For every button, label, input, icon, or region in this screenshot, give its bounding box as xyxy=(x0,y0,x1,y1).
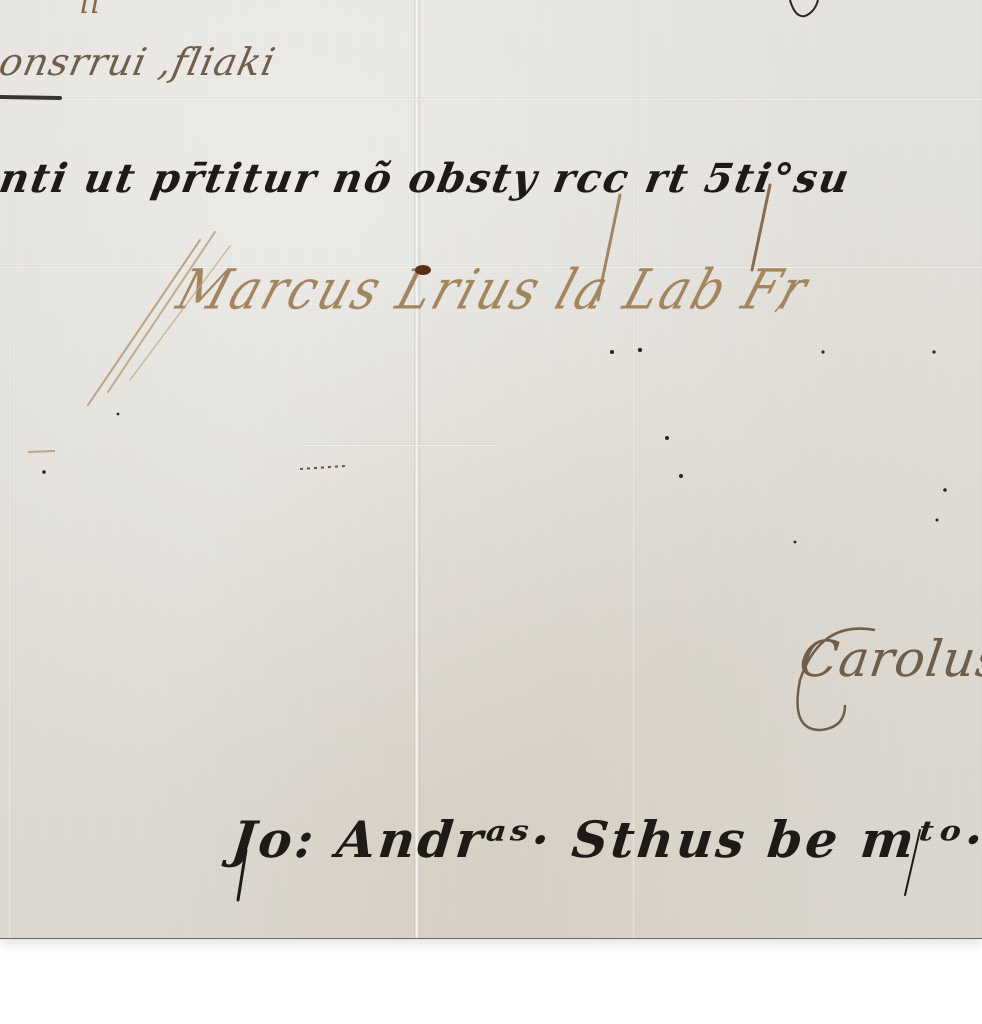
letter-loop-fragment xyxy=(790,0,818,16)
ink-speck xyxy=(665,436,669,440)
signature-marcus: Marcus Lrius la Lab Fr xyxy=(170,258,818,322)
handwritten-line-2: nti ut pr̄titur nõ obsty rcc rt 5ti°su xyxy=(0,155,854,202)
ink-speck xyxy=(794,541,797,544)
ink-speck xyxy=(610,350,614,354)
vertical-fold-crease xyxy=(414,0,420,938)
handwritten-line-1: onsrrui ,fliaki xyxy=(0,40,280,84)
ink-speck xyxy=(932,350,935,353)
ink-speck xyxy=(821,350,824,353)
ink-speck xyxy=(117,413,120,416)
ink-smudge xyxy=(28,451,55,452)
ink-speck xyxy=(943,488,947,492)
ink-speck xyxy=(679,474,683,478)
signature-carolus: Carolus B xyxy=(796,630,982,688)
signature-flourish-stroke xyxy=(88,240,200,405)
handwritten-top-fragment: ll xyxy=(80,0,101,21)
ink-speck xyxy=(936,519,939,522)
ink-speck xyxy=(42,470,46,474)
left-margin-crease xyxy=(8,0,11,938)
ink-speck xyxy=(638,348,642,352)
handwritten-bottom-line: Jo: Andrᵃˢ· Sthus be mᵗᵒ· 4. f.o xyxy=(229,810,982,869)
horizontal-fold-crease-top xyxy=(0,98,982,101)
horizontal-fold-crease-small xyxy=(300,444,500,447)
manuscript-paper: ll onsrrui ,fliaki nti ut pr̄titur nõ o… xyxy=(0,0,982,939)
vertical-fold-crease-right xyxy=(632,0,635,938)
ink-strokes-layer xyxy=(0,0,982,938)
page-stage: ll onsrrui ,fliaki nti ut pr̄titur nõ o… xyxy=(0,0,982,1024)
ink-smudge xyxy=(300,466,345,469)
